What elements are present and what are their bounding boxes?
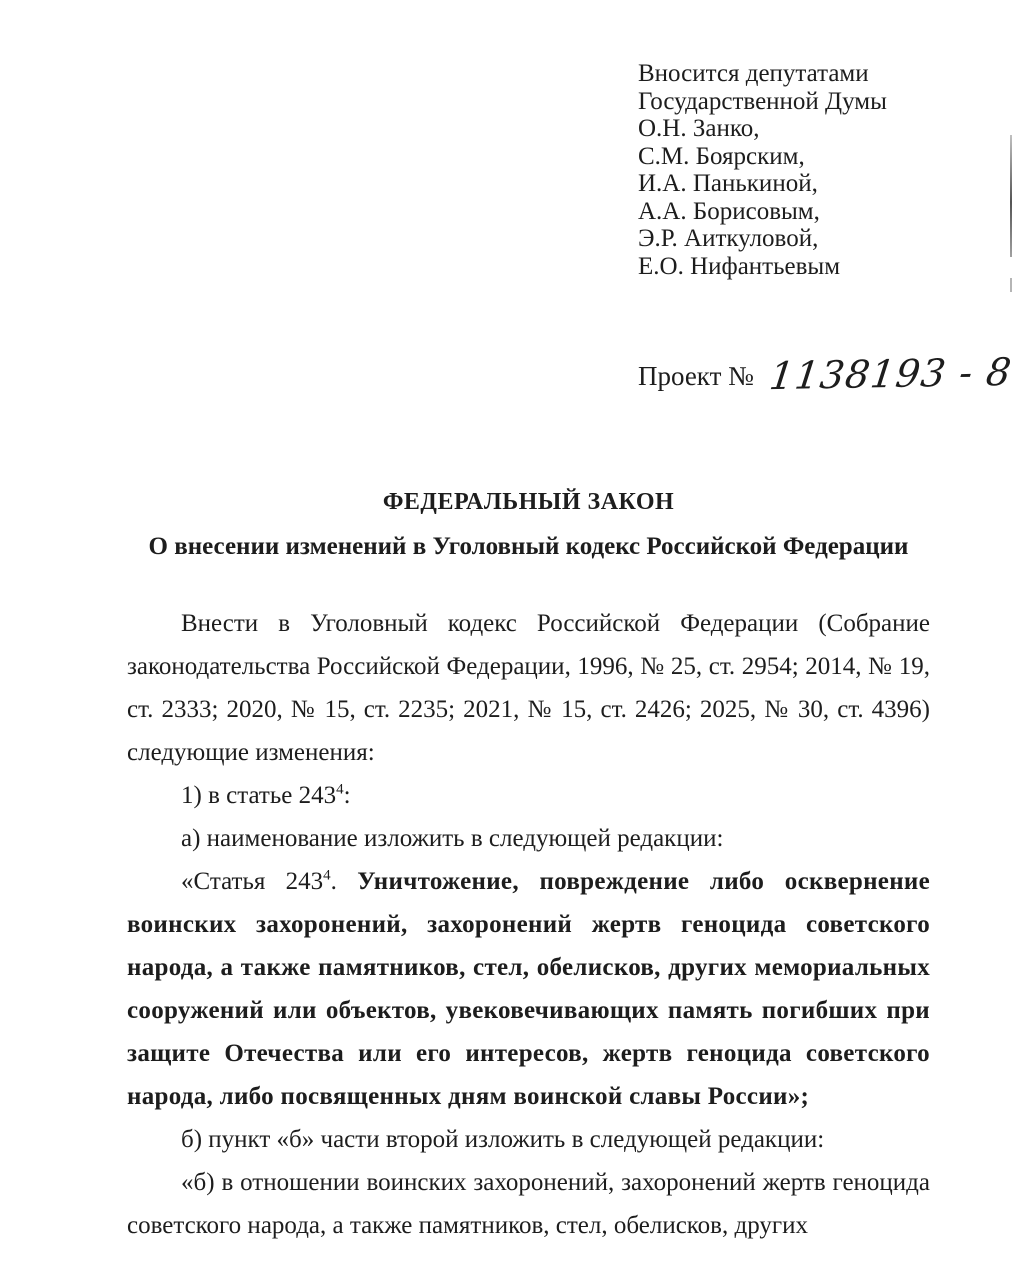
submitted-by-line: Вносится депутатами (638, 60, 887, 88)
scan-artifact-mark (1010, 278, 1012, 292)
paragraph-item-1: 1) в статье 2434: (127, 774, 930, 817)
paragraph-item-1b-text: «б) в отношении воинских захоронений, за… (127, 1161, 930, 1247)
document-body: Внести в Уголовный кодекс Российской Фед… (127, 602, 930, 1247)
title-block: ФЕДЕРАЛЬНЫЙ ЗАКОН О внесении изменений в… (127, 486, 930, 563)
project-number-handwritten: 1138193 - 8 (767, 350, 1014, 398)
submitted-by-line: И.А. Панькиной, (638, 170, 887, 198)
document-title: ФЕДЕРАЛЬНЫЙ ЗАКОН (127, 486, 930, 518)
paragraph-item-1b: б) пункт «б» части второй изложить в сле… (127, 1118, 930, 1161)
scan-artifact-line (1010, 135, 1012, 257)
submitted-by-line: Э.Р. Аиткуловой, (638, 225, 887, 253)
project-number-line: Проект № 1138193 - 8 (638, 352, 1011, 396)
submitted-by-line: Е.О. Нифантьевым (638, 253, 887, 281)
document-subtitle: О внесении изменений в Уголовный кодекс … (127, 531, 930, 563)
submitted-by-line: А.А. Борисовым, (638, 198, 887, 226)
submitted-by-line: Государственной Думы (638, 88, 887, 116)
submitted-by-block: Вносится депутатамиГосударственной ДумыО… (638, 60, 887, 280)
paragraph-item-1a: а) наименование изложить в следующей ред… (127, 817, 930, 860)
submitted-by-line: О.Н. Занко, (638, 115, 887, 143)
paragraph-intro: Внести в Уголовный кодекс Российской Фед… (127, 602, 930, 774)
paragraph-article-243-4-title: «Статья 2434. Уничтожение, повреждение л… (127, 860, 930, 1118)
project-label: Проект № (638, 361, 754, 391)
submitted-by-line: С.М. Боярским, (638, 143, 887, 171)
